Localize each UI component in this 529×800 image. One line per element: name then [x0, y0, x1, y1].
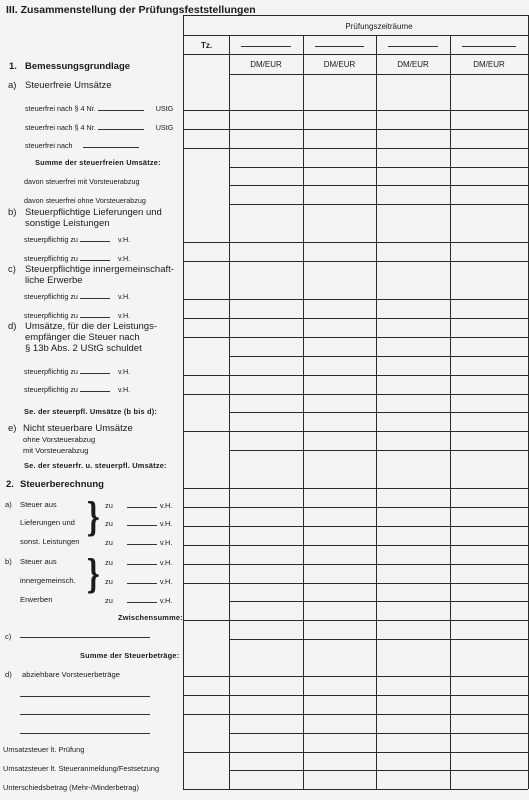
item-e-label: e)	[8, 423, 16, 434]
tax-rate-field[interactable]	[127, 557, 157, 565]
grid-line	[183, 695, 528, 696]
input-tax-field-3[interactable]	[20, 733, 150, 734]
grid-line	[183, 620, 528, 621]
grid-line	[183, 564, 528, 565]
grid-line	[183, 507, 528, 508]
brace-icon: }	[86, 555, 101, 593]
taxable-c-row-2: steuerpflichtig zu v.H.	[24, 310, 130, 320]
tax-rate-field[interactable]	[127, 537, 157, 545]
grid-line	[183, 431, 528, 432]
tax-b-line-3: Erwerben	[20, 595, 53, 604]
grid-line	[183, 488, 528, 489]
grid-line	[183, 148, 528, 149]
grid-line	[229, 167, 528, 168]
taxable-b-row-2: steuerpflichtig zu v.H.	[24, 253, 130, 263]
input-tax-field-2[interactable]	[20, 714, 150, 715]
rate-field-b1[interactable]	[80, 234, 110, 242]
tax-rate-field[interactable]	[127, 518, 157, 526]
currency-header-4: DM/EUR	[450, 60, 528, 69]
grid-line	[183, 714, 528, 715]
exempt-number-field-2[interactable]	[98, 122, 144, 130]
exempt-with-deduction: davon steuerfrei mit Vorsteuerabzug	[24, 177, 139, 186]
rate-field-c2[interactable]	[80, 310, 110, 318]
tax-c-label: c)	[5, 632, 11, 641]
tax-rate-row: zuv.H.	[105, 557, 172, 567]
grid-line	[183, 545, 528, 546]
section1-number: 1.	[9, 61, 17, 72]
taxable-c-row-1: steuerpflichtig zu v.H.	[24, 291, 130, 301]
exempt-number-field-1[interactable]	[98, 103, 144, 111]
currency-header-3: DM/EUR	[376, 60, 450, 69]
grid-line	[183, 676, 528, 677]
sum-taxable-label: Se. der steuerpfl. Umsätze (b bis d):	[24, 407, 157, 416]
item-e-title: Nicht steuerbare Umsätze	[23, 423, 133, 434]
tax-a-line-1: Steuer aus	[20, 500, 57, 509]
grid-line	[229, 74, 528, 75]
grid-line	[183, 261, 528, 262]
grid-line	[229, 639, 528, 640]
grid-line	[229, 54, 528, 55]
item-c-title: Steuerpflichtige innergemeinschaft- lich…	[25, 264, 174, 286]
tax-b-label: b)	[5, 557, 12, 566]
exempt-row-1: steuerfrei nach § 4 Nr. UStG	[25, 103, 173, 113]
exempt-other-field[interactable]	[83, 140, 139, 148]
taxable-d-row-2: steuerpflichtig zu v.H.	[24, 384, 130, 394]
grid-line	[183, 583, 528, 584]
footer-difference: Unterschiedsbetrag (Mehr-/Minderbetrag)	[3, 783, 139, 792]
tax-a-line-2: Lieferungen und	[20, 518, 75, 527]
grid-line	[229, 412, 528, 413]
tax-rate-row: zuv.H.	[105, 595, 172, 605]
period-field-1[interactable]	[241, 46, 291, 47]
sum-exempt-label: Summe der steuerfreien Umsätze:	[35, 158, 161, 167]
subtotal-label: Zwischensumme:	[118, 613, 183, 622]
grid-line	[229, 733, 528, 734]
item-c-label: c)	[8, 264, 16, 275]
grid-line	[183, 299, 528, 300]
grid-line	[229, 185, 528, 186]
exempt-without-deduction: davon steuerfrei ohne Vorsteuerabzug	[24, 196, 146, 205]
grid-line	[229, 601, 528, 602]
section2-number: 2.	[6, 479, 14, 490]
grid-line	[183, 15, 528, 16]
footer-vat-declared: Umsatzsteuer lt. Steueranmeldung/Festset…	[3, 764, 159, 773]
grid-line	[183, 789, 528, 790]
taxable-d-row-1: steuerpflichtig zu v.H.	[24, 366, 130, 376]
grid-line	[183, 35, 528, 36]
grid-line	[229, 770, 528, 771]
grid-line	[183, 337, 528, 338]
grid-line	[183, 15, 184, 789]
rate-field-d1[interactable]	[80, 366, 110, 374]
currency-header-2: DM/EUR	[303, 60, 376, 69]
section2-heading: Steuerberechnung	[20, 479, 104, 490]
tax-rate-field[interactable]	[127, 500, 157, 508]
grid-line	[183, 375, 528, 376]
grid-line	[183, 110, 528, 111]
item-a-title: Steuerfreie Umsätze	[25, 80, 112, 91]
period-field-2[interactable]	[315, 46, 364, 47]
tax-rate-field[interactable]	[127, 595, 157, 603]
periods-header: Prüfungszeiträume	[230, 22, 528, 31]
tax-d-title: abziehbare Vorsteuerbeträge	[22, 670, 120, 679]
exempt-row-2: steuerfrei nach § 4 Nr. UStG	[25, 122, 173, 132]
grid-line	[183, 129, 528, 130]
grid-line	[183, 318, 528, 319]
non-taxable-with-deduction: mit Vorsteuerabzug	[23, 446, 88, 455]
tax-rate-row: zuv.H.	[105, 518, 172, 528]
tax-b-line-2: innergemeinsch.	[20, 576, 76, 585]
tax-a-label: a)	[5, 500, 12, 509]
grid-line	[183, 54, 229, 55]
tax-a-line-3: sonst. Leistungen	[20, 537, 80, 546]
taxable-b-row-1: steuerpflichtig zu v.H.	[24, 234, 130, 244]
non-taxable-without-deduction: ohne Vorsteuerabzug	[23, 435, 95, 444]
footer-vat-audit: Umsatzsteuer lt. Prüfung	[3, 745, 84, 754]
grid-line	[229, 204, 528, 205]
rate-field-d2[interactable]	[80, 384, 110, 392]
grid-line	[183, 242, 528, 243]
item-b-label: b)	[8, 207, 16, 218]
sum-taxes-label: Summe der Steuerbeträge:	[80, 651, 179, 660]
section1-heading: Bemessungsgrundlage	[25, 61, 130, 72]
grid-line	[229, 356, 528, 357]
tax-rate-row: zuv.H.	[105, 576, 172, 586]
item-d-title: Umsätze, für die der Leistungs- empfänge…	[25, 321, 157, 354]
input-tax-field-1[interactable]	[20, 696, 150, 697]
tax-b-line-1: Steuer aus	[20, 557, 57, 566]
brace-icon: }	[86, 498, 101, 536]
tax-rate-field[interactable]	[127, 576, 157, 584]
grid-line	[229, 450, 528, 451]
grid-line	[183, 394, 528, 395]
tax-d-label: d)	[5, 670, 12, 679]
tz-header: Tz.	[184, 41, 229, 50]
item-b-title: Steuerpflichtige Lieferungen und sonstig…	[25, 207, 162, 229]
item-d-label: d)	[8, 321, 16, 332]
grid-line	[183, 526, 528, 527]
rate-field-b2[interactable]	[80, 253, 110, 261]
tax-c-field[interactable]	[20, 637, 150, 638]
exempt-row-3: steuerfrei nach	[25, 140, 139, 150]
sum-total-label: Se. der steuerfr. u. steuerpfl. Umsätze:	[24, 461, 167, 470]
tax-rate-row: zuv.H.	[105, 500, 172, 510]
currency-header-1: DM/EUR	[229, 60, 303, 69]
item-a-label: a)	[8, 80, 16, 91]
grid-line	[183, 752, 528, 753]
rate-field-c1[interactable]	[80, 291, 110, 299]
tax-rate-row: zuv.H.	[105, 537, 172, 547]
period-field-4[interactable]	[462, 46, 516, 47]
period-field-3[interactable]	[388, 46, 438, 47]
